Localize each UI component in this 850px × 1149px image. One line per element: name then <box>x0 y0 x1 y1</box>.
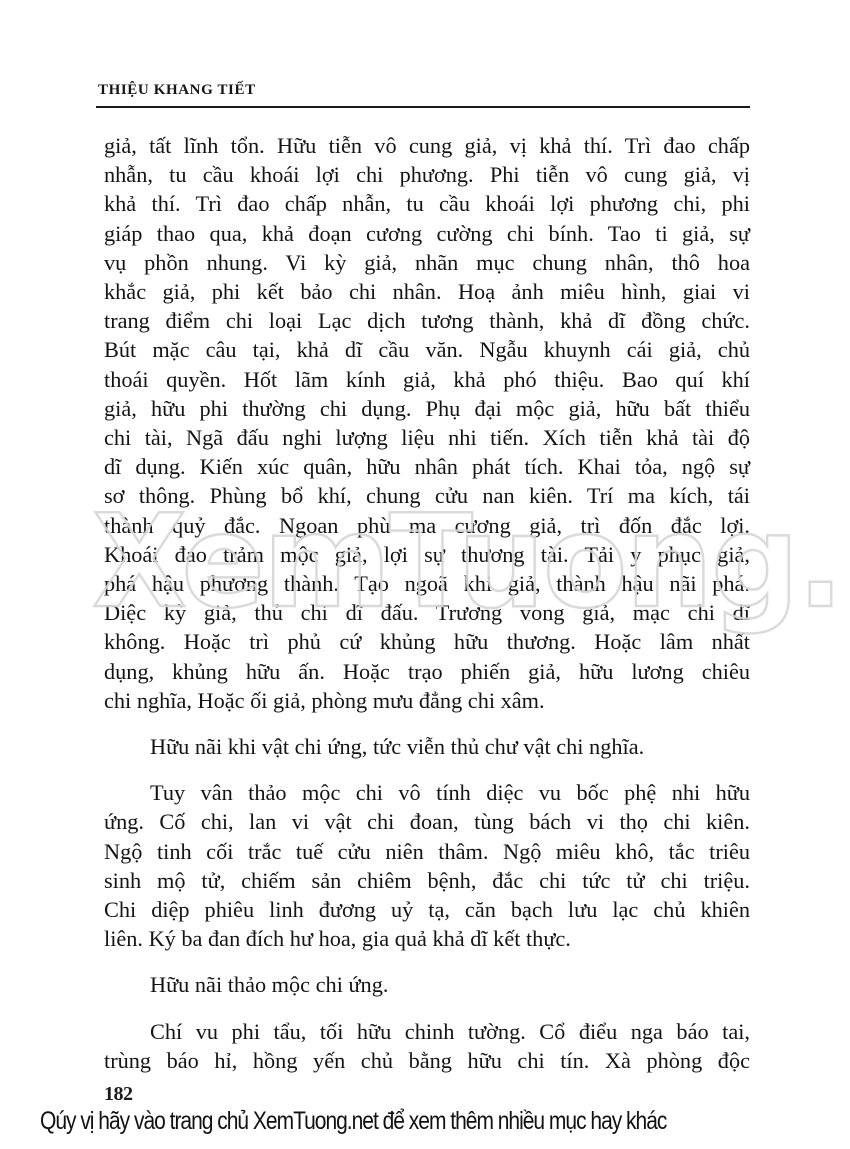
paragraph: Hữu nãi thảo mộc chi ứng. <box>104 970 750 999</box>
paragraph: Tuy vân thảo mộc chi vô tính diệc vu bốc… <box>104 778 750 953</box>
text-line: trang điểm chi loại Lạc dịch tương thành… <box>104 306 750 335</box>
paragraph: giả, tất lĩnh tổn. Hữu tiễn vô cung giả,… <box>104 131 750 715</box>
text-line: Hữu nãi thảo mộc chi ứng. <box>104 970 750 999</box>
text-line: sơ thông. Phùng bổ khí, chung cửu nan ki… <box>104 481 750 510</box>
text-line: liên. Ký ba đan đích hư hoa, gia quả khả… <box>104 924 750 953</box>
paragraph: Hữu nãi khi vật chi ứng, tức viễn thủ ch… <box>104 732 750 761</box>
text-line: vụ phồn nhung. Vi kỳ giả, nhãn mục chung… <box>104 248 750 277</box>
text-line: không. Hoặc trì phủ cứ khủng hữu thương.… <box>104 627 750 656</box>
text-line: Tuy vân thảo mộc chi vô tính diệc vu bốc… <box>104 778 750 807</box>
paragraph-gap <box>104 761 750 778</box>
text-line: ứng. Cố chi, lan vi vật chi đoan, tùng b… <box>104 807 750 836</box>
text-line: dĩ dụng. Kiến xúc quân, hữu nhân phát tí… <box>104 452 750 481</box>
text-line: chi tài, Ngã đấu nghi lượng liệu nhi tiế… <box>104 423 750 452</box>
text-line: dụng, khủng hữu ấn. Hoặc trạo phiến giả,… <box>104 657 750 686</box>
text-line: giả, hữu phi thường chi dụng. Phụ đại mộ… <box>104 394 750 423</box>
text-line: thoái quyền. Hốt lãm kính giả, khả phó t… <box>104 365 750 394</box>
text-line: sinh mộ tử, chiếm sản chiêm bệnh, đắc ch… <box>104 866 750 895</box>
text-line: Chi diệp phiêu linh đương uỷ tạ, căn bạc… <box>104 895 750 924</box>
text-line: giáp thao qua, khả đoạn cương cường chi … <box>104 219 750 248</box>
text-line: nhẫn, tu cầu khoái lợi chi phương. Phi t… <box>104 160 750 189</box>
text-line: khả thí. Trì đao chấp nhẫn, tu cầu khoái… <box>104 189 750 218</box>
body-text: giả, tất lĩnh tổn. Hữu tiễn vô cung giả,… <box>104 131 750 1075</box>
text-line: khắc giả, phi kết bảo chi nhân. Hoạ ảnh … <box>104 277 750 306</box>
text-line: thành quỷ đắc. Ngoan phù ma cương giả, t… <box>104 511 750 540</box>
text-line: phá hậu phương thành. Tạo ngoã khi giả, … <box>104 569 750 598</box>
text-line: Diệc kỳ giả, thủ chi dĩ đấu. Trương vong… <box>104 598 750 627</box>
paragraph-gap <box>104 953 750 970</box>
text-line: giả, tất lĩnh tổn. Hữu tiễn vô cung giả,… <box>104 131 750 160</box>
running-header-title: THIỆU KHANG TIẾT <box>98 82 256 99</box>
text-line: Hữu nãi khi vật chi ứng, tức viễn thủ ch… <box>104 732 750 761</box>
paragraph-gap <box>104 715 750 732</box>
book-page: THIỆU KHANG TIẾT giả, tất lĩnh tổn. Hữu … <box>0 0 850 1149</box>
text-line: trùng báo hỉ, hồng yến chủ bằng hữu chi … <box>104 1046 750 1075</box>
footer-promo-banner: Qúy vị hãy vào trang chủ XemTuong.net để… <box>40 1107 666 1136</box>
paragraph: Chí vu phi tẩu, tối hữu chinh tường. Cổ … <box>104 1017 750 1075</box>
text-line: chi nghĩa, Hoặc ối giả, phòng mưu đẳng c… <box>104 686 750 715</box>
text-line: Khoái đao trảm mộc giả, lợi sự thương tà… <box>104 540 750 569</box>
header-rule <box>96 106 750 108</box>
paragraph-gap <box>104 1000 750 1017</box>
text-line: Bút mặc câu tại, khả dĩ cầu văn. Ngẫu kh… <box>104 335 750 364</box>
page-number: 182 <box>104 1083 133 1106</box>
text-line: Chí vu phi tẩu, tối hữu chinh tường. Cổ … <box>104 1017 750 1046</box>
text-line: Ngộ tinh cối trắc tuế cửu niên thâm. Ngộ… <box>104 837 750 866</box>
